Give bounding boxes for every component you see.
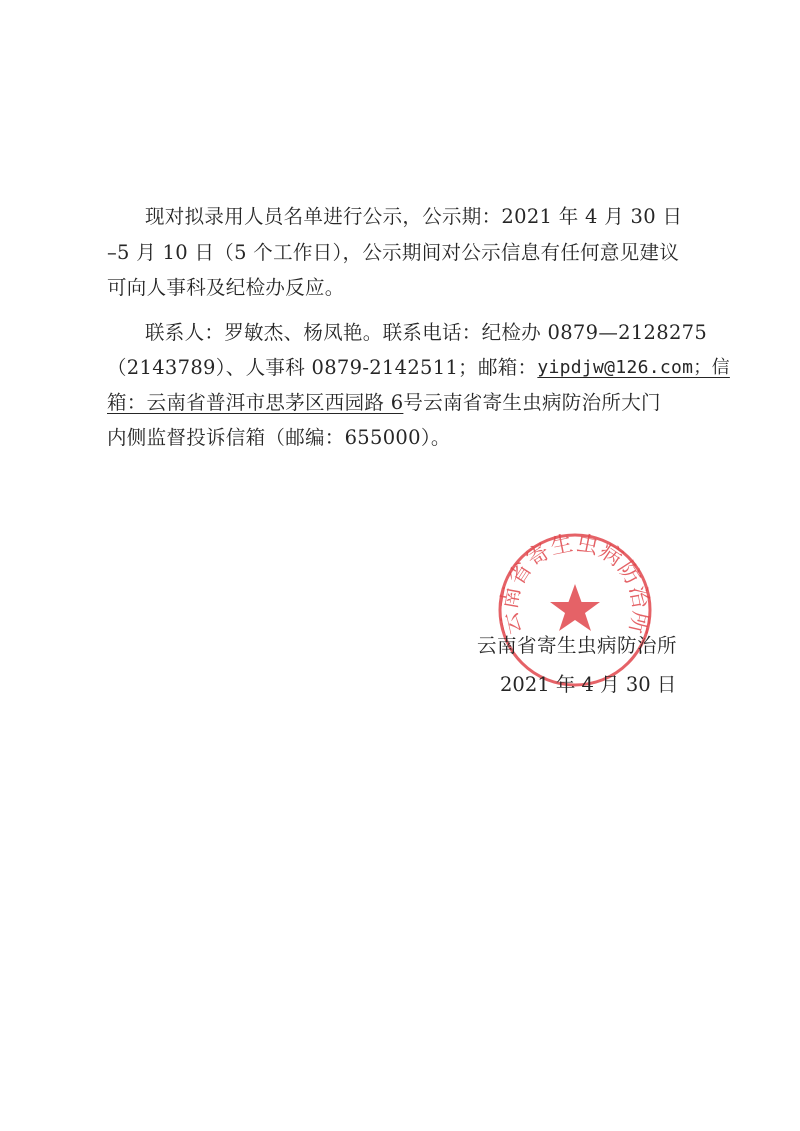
postcode-text: 内侧监督投诉信箱（邮编：655000）。	[107, 426, 451, 450]
phone-text: （2143789）、人事科 0879-2142511；邮箱：	[107, 356, 537, 380]
signature-organization: 云南省寄生虫病防治所	[477, 634, 677, 658]
mail-address-underlined: 箱：云南省普洱市思茅区西园路 6	[107, 391, 403, 415]
paragraph-2-line-2: （2143789）、人事科 0879-2142511；邮箱： yipdjw@12…	[107, 356, 695, 380]
paragraph-1-line-1: 现对拟录用人员名单进行公示，公示期：2021 年 4 月 30 日	[145, 205, 695, 229]
paragraph-2-line-3: 箱：云南省普洱市思茅区西园路 6 号云南省寄生虫病防治所大门	[107, 391, 695, 415]
text-line: 可向人事科及纪检办反应。	[107, 276, 345, 300]
email-link[interactable]: yipdjw@126.com；信	[537, 356, 730, 380]
paragraph-2-line-4: 内侧监督投诉信箱（邮编：655000）。	[107, 426, 695, 450]
contact-line: 联系人：罗敏杰、杨凤艳。联系电话：纪检办 0879—2128275	[145, 321, 707, 345]
signature-date: 2021 年 4 月 30 日	[500, 673, 676, 697]
official-seal-icon: 云南省寄生虫病防治所	[497, 532, 653, 688]
mail-address-rest: 号云南省寄生虫病防治所大门	[403, 391, 660, 415]
document-page: 现对拟录用人员名单进行公示，公示期：2021 年 4 月 30 日 –5 月 1…	[0, 0, 800, 1131]
paragraph-2-line-1: 联系人：罗敏杰、杨凤艳。联系电话：纪检办 0879—2128275	[145, 321, 695, 345]
text-line: 现对拟录用人员名单进行公示，公示期：2021 年 4 月 30 日	[145, 205, 682, 229]
paragraph-1-line-2: –5 月 10 日（5 个工作日），公示期间对公示信息有任何意见建议	[107, 241, 695, 265]
text-line: –5 月 10 日（5 个工作日），公示期间对公示信息有任何意见建议	[107, 241, 679, 265]
paragraph-1-line-3: 可向人事科及纪检办反应。	[107, 276, 695, 300]
